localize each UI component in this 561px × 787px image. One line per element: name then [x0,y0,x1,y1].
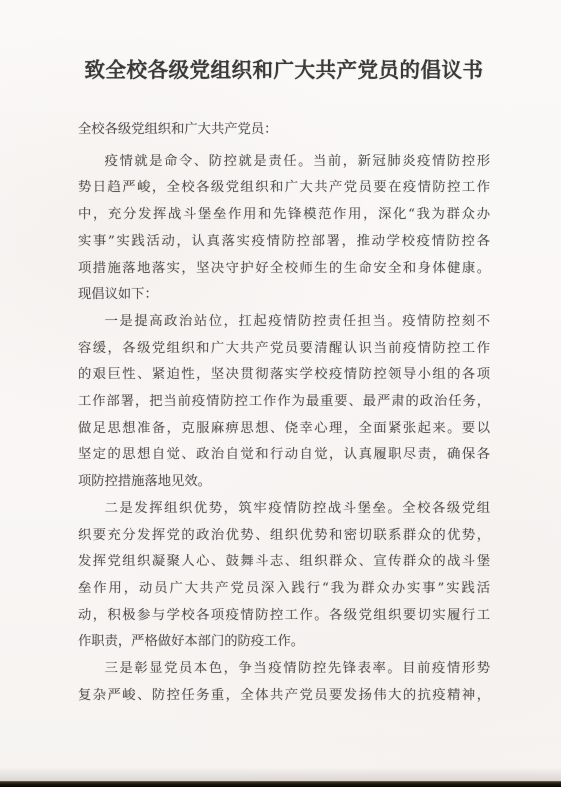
text-line: 作职责，严格做好本部门的防疫工作。 [78,629,490,656]
text-line: 势日趋严峻，全校各级党组织和广大共产党员要在疫情防控工作 [78,175,490,202]
text-line: 容缓，各级党组织和广大共产党员要清醒认识当前疫情防控工作 [78,336,490,363]
text-line: 动，积极参与学校各项疫情防控工作。各级党组织要切实履行工 [78,603,490,630]
text-line: 织要充分发挥党的政治优势、组织优势和密切联系群众的优势， [78,523,490,550]
text-line: 实事”实践活动，认真落实疫情防控部署，推动学校疫情防控各 [78,229,490,256]
text-line: 做足思想准备，克服麻痹思想、侥幸心理，全面紧张起来。要以 [78,416,490,443]
text-line: 二是发挥组织优势，筑牢疫情防控战斗堡垒。全校各级党组 [78,496,490,523]
text-line: 的艰巨性、紧迫性，坚决贯彻落实学校疫情防控领导小组的各项 [78,362,490,389]
text-line: 中，充分发挥战斗堡垒作用和先锋模范作用，深化“我为群众办 [78,202,490,229]
document-content: 致全校各级党组织和广大共产党员的倡议书 全校各级党组织和广大共产党员： 疫情就是… [78,0,490,709]
document-title: 致全校各级党组织和广大共产党员的倡议书 [78,57,490,84]
text-line: 一是提高政治站位，扛起疫情防控责任担当。疫情防控刻不 [78,309,490,336]
paragraph: 二是发挥组织优势，筑牢疫情防控战斗堡垒。全校各级党组织要充分发挥党的政治优势、组… [78,496,490,656]
salutation: 全校各级党组织和广大共产党员： [78,117,490,144]
paragraph: 一是提高政治站位，扛起疫情防控责任担当。疫情防控刻不容缓，各级党组织和广大共产党… [78,309,490,496]
text-line: 三是彰显党员本色，争当疫情防控先锋表率。目前疫情形势 [78,656,490,683]
text-line: 垒作用，动员广大共产党员深入践行“我为群众办实事”实践活 [78,576,490,603]
page-bottom-shadow [0,767,561,781]
text-line: 项措施落地落实，坚决守护好全校师生的生命安全和身体健康。 [78,256,490,283]
scanned-document-page: 致全校各级党组织和广大共产党员的倡议书 全校各级党组织和广大共产党员： 疫情就是… [0,0,561,787]
text-line: 疫情就是命令、防控就是责任。当前，新冠肺炎疫情防控形 [78,149,490,176]
text-line: 工作部署，把当前疫情防控工作作为最重要、最严肃的政治任务， [78,389,490,416]
text-line: 发挥党组织凝聚人心、鼓舞斗志、组织群众、宣传群众的战斗堡 [78,549,490,576]
text-line: 现倡议如下： [78,282,490,309]
photo-bottom-edge [0,781,561,787]
text-line: 复杂严峻、防控任务重，全体共产党员要发扬伟大的抗疫精神， [78,683,490,710]
paragraph: 三是彰显党员本色，争当疫情防控先锋表率。目前疫情形势复杂严峻、防控任务重，全体共… [78,656,490,709]
document-body: 疫情就是命令、防控就是责任。当前，新冠肺炎疫情防控形势日趋严峻，全校各级党组织和… [78,149,490,710]
text-line: 项防控措施落地见效。 [78,469,490,496]
paragraph: 疫情就是命令、防控就是责任。当前，新冠肺炎疫情防控形势日趋严峻，全校各级党组织和… [78,149,490,309]
text-line: 坚定的思想自觉、政治自觉和行动自觉，认真履职尽责，确保各 [78,442,490,469]
